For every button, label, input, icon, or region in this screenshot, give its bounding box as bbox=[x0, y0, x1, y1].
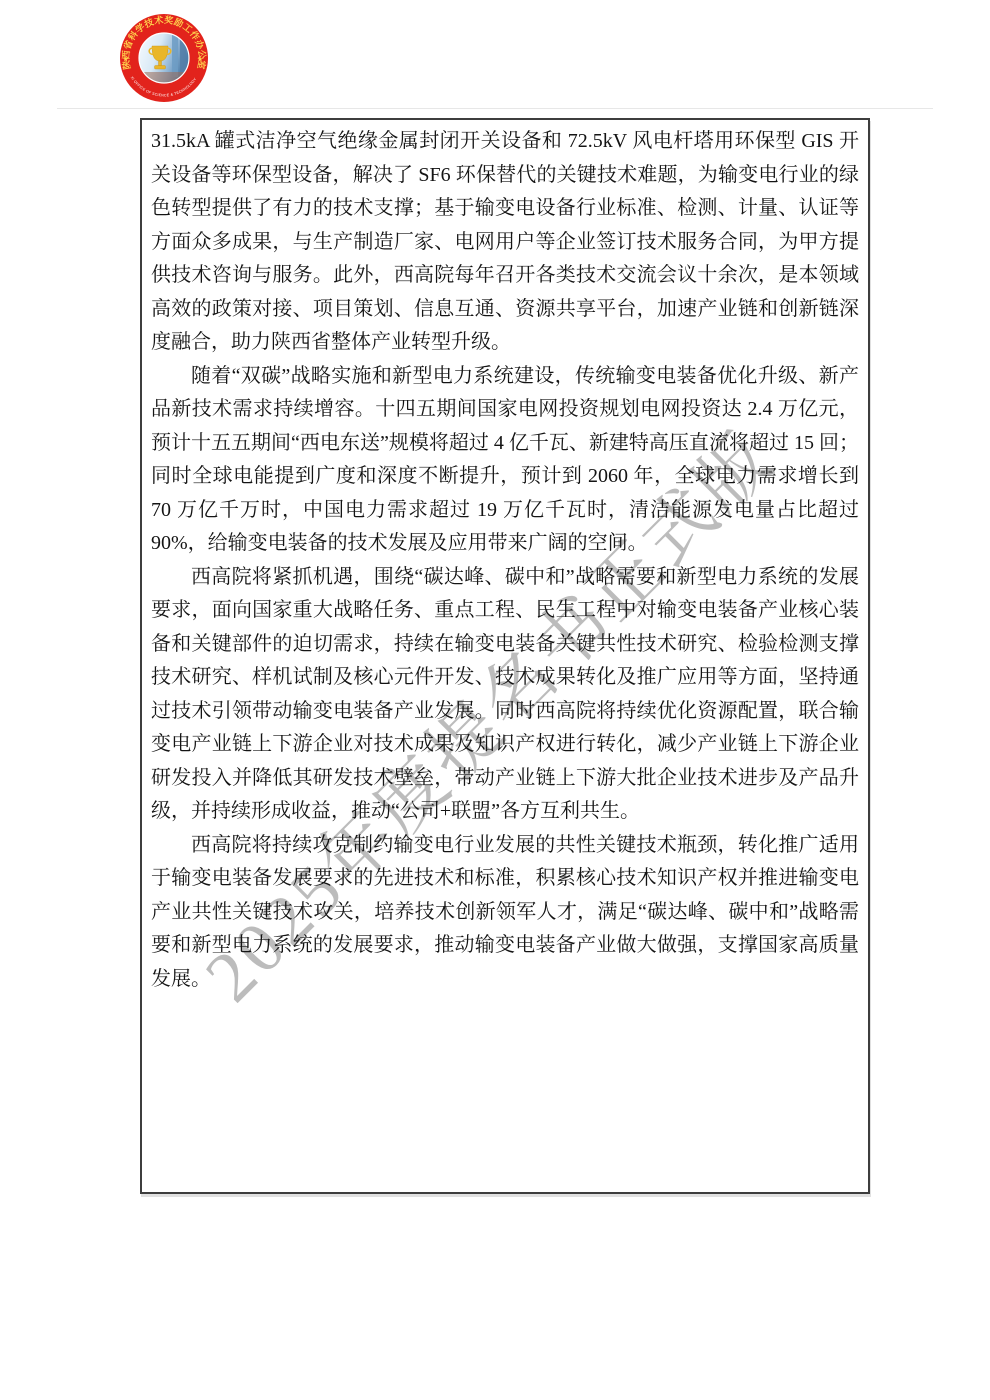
star-icon-left: ★ bbox=[123, 56, 129, 64]
award-office-seal-logo: 陕西省科学技术奖励工作办公室 SHAANXI OFFICE OF SCIENCE… bbox=[119, 13, 209, 103]
content-box: 31.5kA 罐式洁净空气绝缘金属封闭开关设备和 72.5kV 风电杆塔用环保型… bbox=[140, 118, 870, 1194]
document-page: 2025年度提名书正式版 bbox=[0, 0, 990, 1400]
star-icon-right: ★ bbox=[197, 56, 203, 64]
paragraph-4: 西高院将持续攻克制约输变电行业发展的共性关键技术瓶颈，转化推广适用于输变电装备发… bbox=[151, 829, 859, 997]
header-divider bbox=[57, 108, 933, 109]
paragraph-2: 随着“双碳”战略实施和新型电力系统建设，传统输变电装备优化升级、新产品新技术需求… bbox=[151, 360, 859, 561]
paragraph-3: 西高院将紧抓机遇，围绕“碳达峰、碳中和”战略需要和新型电力系统的发展要求，面向国… bbox=[151, 561, 859, 829]
paragraph-1: 31.5kA 罐式洁净空气绝缘金属封闭开关设备和 72.5kV 风电杆塔用环保型… bbox=[151, 125, 859, 360]
seal-graphic: 陕西省科学技术奖励工作办公室 SHAANXI OFFICE OF SCIENCE… bbox=[119, 13, 209, 103]
